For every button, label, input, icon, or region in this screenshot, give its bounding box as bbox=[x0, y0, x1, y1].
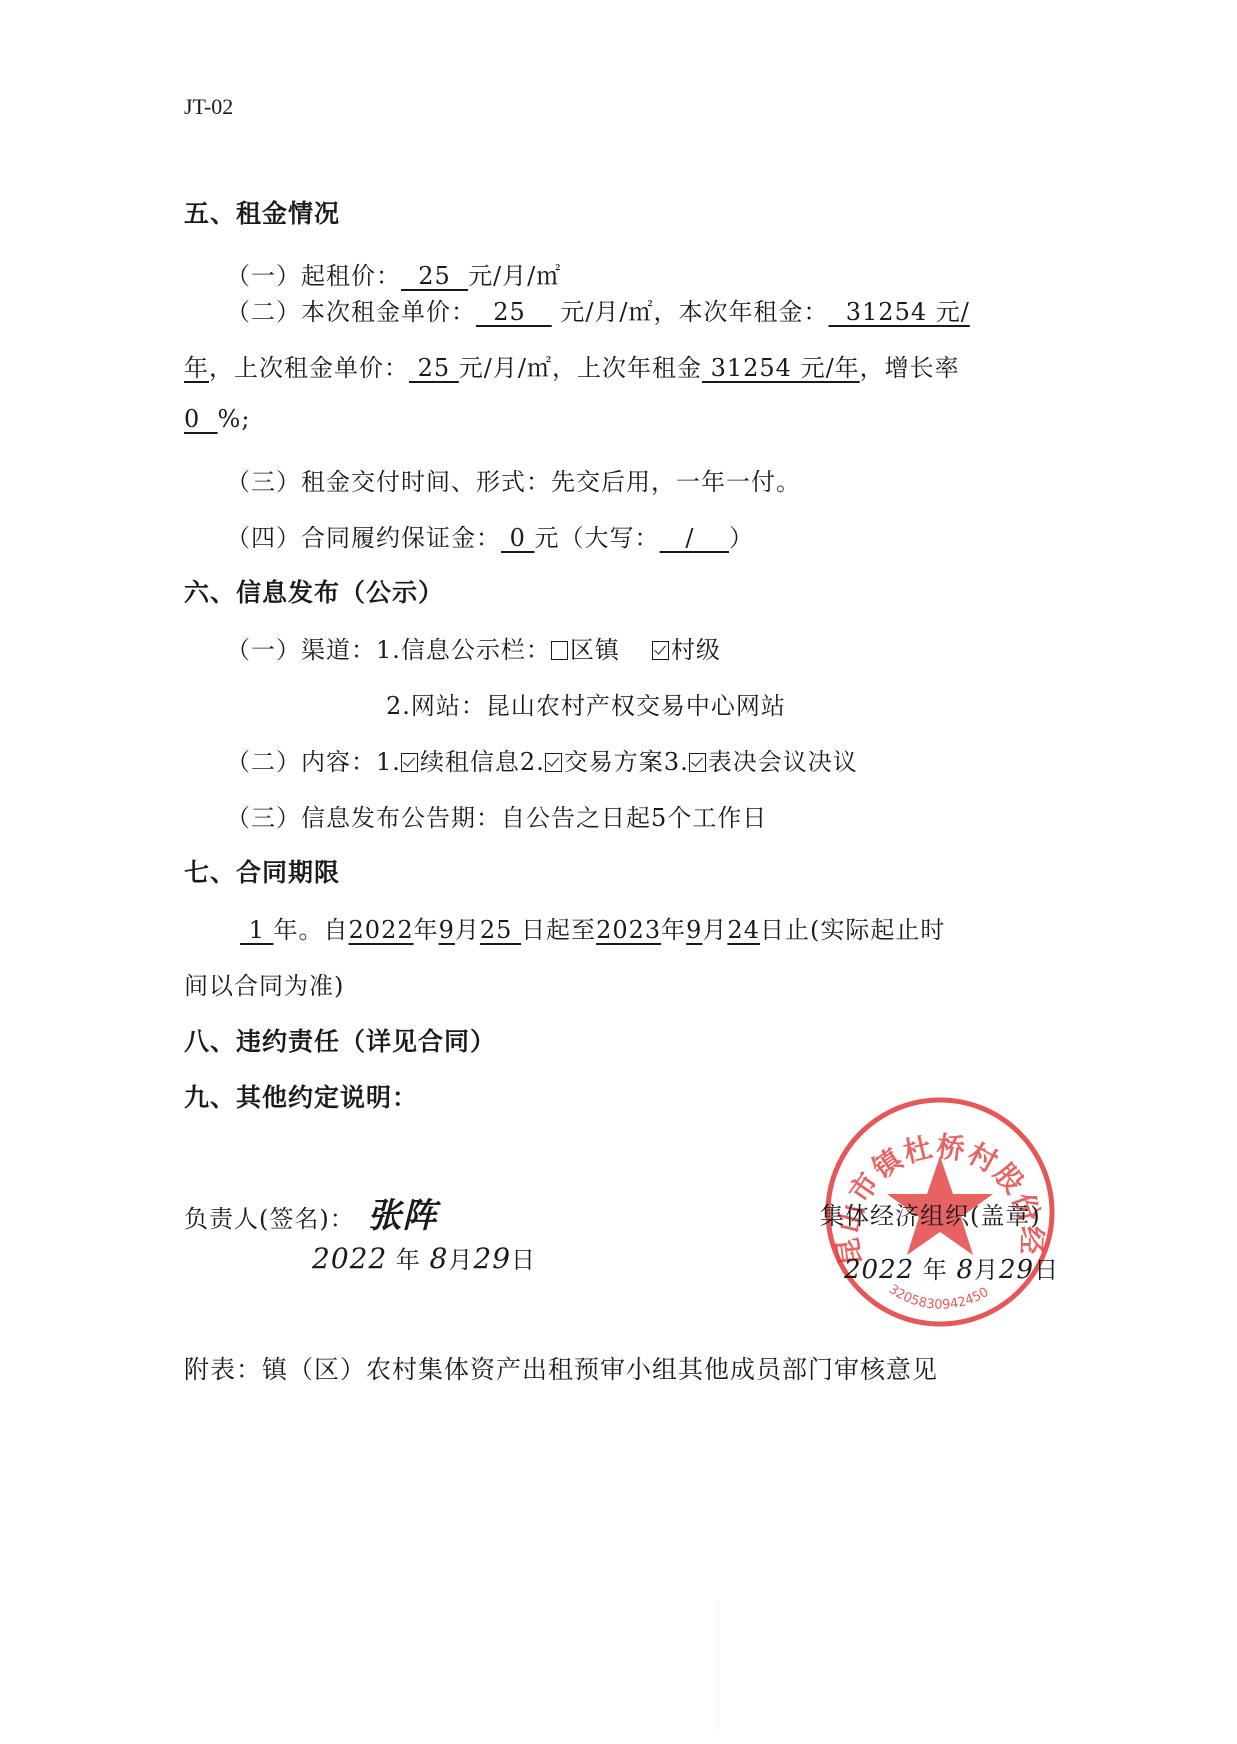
deposit-capital-label: 元（大写： bbox=[535, 524, 660, 552]
signature-date-year: 2022 bbox=[312, 1242, 387, 1275]
signature-date-day: 29 bbox=[473, 1242, 511, 1275]
annual-rent-unit-cont: 年 bbox=[184, 354, 209, 382]
checkbox-town[interactable] bbox=[551, 641, 568, 660]
channel-label: （一）渠道：1.信息公示栏： bbox=[226, 636, 551, 664]
organization-date-day: 29 bbox=[999, 1255, 1034, 1285]
prev-annual-rent-value: 31254 元/年 bbox=[702, 354, 860, 382]
deposit-value: 0 bbox=[501, 524, 535, 552]
content-label: （二）内容： bbox=[226, 748, 376, 776]
section-7-term-line-2: 间以合同为准) bbox=[184, 966, 344, 1001]
scan-fold-line bbox=[718, 1600, 719, 1730]
section-7-title: 七、合同期限 bbox=[184, 853, 340, 889]
organization-seal-label: 集体经济组织(盖章) bbox=[820, 1196, 1041, 1231]
content-opt-2-num: 2. bbox=[520, 748, 545, 776]
growth-rate-value: 0 bbox=[184, 405, 218, 433]
checkbox-meeting-resolution[interactable] bbox=[689, 753, 706, 772]
section-6-item-1-website: 2.网站：昆山农村产权交易中心网站 bbox=[386, 686, 786, 721]
checkbox-renewal-info[interactable] bbox=[401, 753, 418, 772]
unit-price-label: （二）本次租金单价： bbox=[226, 298, 476, 326]
term-text-2: 年 bbox=[414, 916, 439, 944]
prev-unit-price-value: 25 bbox=[409, 354, 459, 382]
checkbox-village-label: 村级 bbox=[671, 636, 721, 664]
svg-text:3205830942450: 3205830942450 bbox=[886, 1282, 992, 1313]
term-text-1: 年。自 bbox=[274, 916, 349, 944]
organization-date-day-label: 日 bbox=[1034, 1256, 1059, 1284]
deposit-close-paren: ） bbox=[729, 524, 754, 552]
organization-date-month-label: 月 bbox=[974, 1256, 999, 1284]
prev-annual-rent-label: 元/月/㎡，上次年租金 bbox=[459, 354, 702, 382]
term-text-5: 年 bbox=[661, 916, 686, 944]
annex-title: 附表：镇（区）农村集体资产出租预审小组其他成员部门审核意见 bbox=[184, 1350, 938, 1386]
content-opt-1-num: 1. bbox=[376, 748, 401, 776]
section-8-title: 八、违约责任（详见合同） bbox=[184, 1022, 496, 1058]
section-5-item-2-line-1: （二）本次租金单价： 25 元/月/㎡，本次年租金： 31254 元/ bbox=[226, 292, 970, 327]
signature-date-year-label: 年 bbox=[396, 1246, 421, 1274]
starting-rent-unit: 元/月/㎡ bbox=[468, 262, 561, 290]
annual-rent-label: 元/月/㎡，本次年租金： bbox=[552, 298, 829, 326]
unit-price-value: 25 bbox=[476, 298, 552, 326]
checkbox-town-label: 区镇 bbox=[570, 636, 620, 664]
signature-date-month-label: 月 bbox=[448, 1246, 473, 1274]
annual-rent-value: 31254 元/ bbox=[829, 298, 970, 326]
deposit-capital-value: / bbox=[660, 524, 730, 552]
checkbox-meeting-resolution-label: 表决会议决议 bbox=[708, 748, 858, 776]
section-5-item-2-line-2: 年，上次租金单价： 25 元/月/㎡，上次年租金 31254 元/年，增长率 bbox=[184, 348, 960, 383]
end-day: 24 bbox=[727, 916, 760, 944]
term-text-6: 月 bbox=[702, 916, 727, 944]
signatory-label: 负责人(签名)： bbox=[184, 1205, 355, 1233]
signature-date-day-label: 日 bbox=[511, 1246, 536, 1274]
section-7-term-line-1: 1 年。自2022年9月25 日起至2023年9月24日止(实际起止时 bbox=[240, 910, 945, 945]
organization-date-year-label: 年 bbox=[923, 1256, 948, 1284]
term-text-7: 日止(实际起止时 bbox=[760, 916, 945, 944]
section-6-item-3: （三）信息发布公告期：自公告之日起5个工作日 bbox=[226, 798, 767, 833]
deposit-label: （四）合同履约保证金： bbox=[226, 524, 501, 552]
signature-row: 负责人(签名)： 张阵 bbox=[184, 1188, 437, 1237]
section-5-item-3: （三）租金交付时间、形式：先交后用，一年一付。 bbox=[226, 462, 801, 497]
start-month: 9 bbox=[439, 916, 455, 944]
signature-date-month: 8 bbox=[430, 1242, 449, 1275]
organization-date: 2022 年 8月29日 bbox=[844, 1250, 1059, 1285]
organization-date-year: 2022 bbox=[844, 1255, 914, 1285]
signature-date: 2022 年 8月29日 bbox=[312, 1240, 536, 1275]
section-5-title: 五、租金情况 bbox=[184, 194, 340, 230]
starting-rent-label: （一）起租价： bbox=[226, 262, 401, 290]
document-page: JT-02 五、租金情况 （一）起租价： 25 元/月/㎡ （二）本次租金单价：… bbox=[0, 0, 1237, 1744]
term-text-3: 月 bbox=[455, 916, 480, 944]
organization-date-month: 8 bbox=[956, 1255, 974, 1285]
growth-rate-unit: %; bbox=[218, 405, 251, 433]
handwritten-signature: 张阵 bbox=[367, 1196, 437, 1236]
end-year: 2023 bbox=[596, 916, 661, 944]
section-6-title: 六、信息发布（公示） bbox=[184, 573, 444, 609]
term-text-4: 日起至 bbox=[521, 916, 596, 944]
start-day: 25 bbox=[480, 916, 521, 944]
checkbox-renewal-info-label: 续租信息 bbox=[420, 748, 520, 776]
document-code: JT-02 bbox=[184, 94, 233, 120]
start-year: 2022 bbox=[349, 916, 414, 944]
section-5-item-2-line-3: 0 %; bbox=[184, 405, 250, 433]
content-opt-3-num: 3. bbox=[664, 748, 689, 776]
term-years: 1 bbox=[240, 916, 274, 944]
growth-rate-label: ，增长率 bbox=[860, 354, 960, 382]
prev-unit-price-label: ，上次租金单价： bbox=[209, 354, 409, 382]
section-6-item-1: （一）渠道：1.信息公示栏：区镇村级 bbox=[226, 630, 721, 665]
checkbox-village[interactable] bbox=[652, 641, 669, 660]
checkbox-trade-plan[interactable] bbox=[545, 753, 562, 772]
section-5-item-4: （四）合同履约保证金： 0 元（大写： / ） bbox=[226, 518, 754, 553]
end-month: 9 bbox=[686, 916, 702, 944]
section-6-item-2: （二）内容：1.续租信息2.交易方案3.表决会议决议 bbox=[226, 742, 858, 777]
checkbox-trade-plan-label: 交易方案 bbox=[564, 748, 664, 776]
starting-rent-value: 25 bbox=[401, 262, 468, 290]
section-5-item-1: （一）起租价： 25 元/月/㎡ bbox=[226, 256, 561, 291]
section-9-title: 九、其他约定说明： bbox=[184, 1078, 418, 1114]
